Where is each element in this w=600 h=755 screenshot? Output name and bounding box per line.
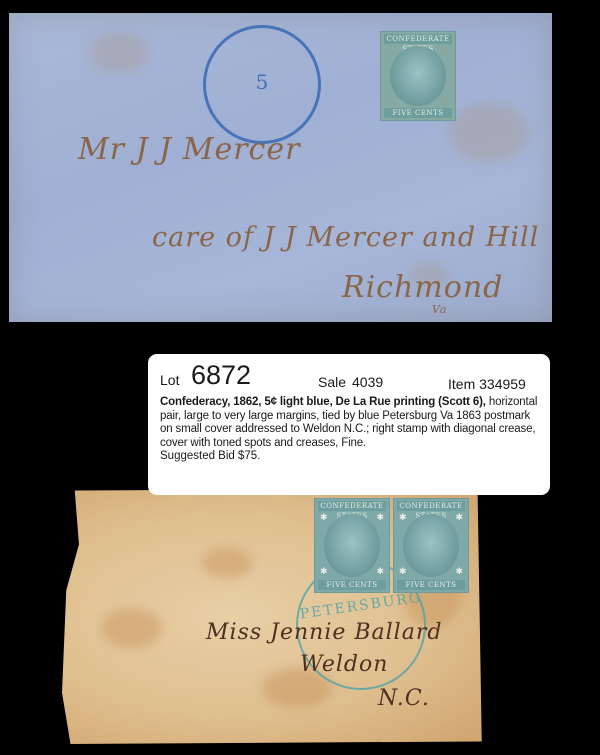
lot-word: Lot [160, 372, 179, 388]
star-ornament-icon: ✱ [376, 514, 384, 523]
stamp-portrait [390, 46, 446, 106]
postmark-day: 5 [206, 70, 318, 94]
toning-stain [449, 103, 529, 163]
toning-stain [202, 548, 252, 578]
stamp-portrait [324, 514, 380, 577]
sale-number: 4039 [352, 374, 383, 390]
label-header: Lot 6872 Sale 4039 Item 334959 [160, 362, 540, 392]
item-number: Item 334959 [448, 376, 526, 392]
star-ornament-icon: ✱ [320, 514, 328, 523]
star-ornament-icon: ✱ [399, 514, 407, 523]
toning-stain [89, 33, 149, 73]
description-title: Confederacy, 1862, 5¢ light blue, De La … [160, 396, 486, 408]
stamp-portrait [403, 514, 459, 577]
postmark-circle: 5 [203, 25, 321, 144]
address-line: care of J J Mercer and Hill [152, 222, 539, 253]
toning-stain [102, 608, 162, 648]
stamp-five-cents: CONFEDERATE STATES ✱ ✱ ✱ ✱ FIVE CENTS [314, 498, 390, 593]
stamp-bottom-text: FIVE CENTS [397, 580, 465, 590]
stamp-top-text: CONFEDERATE STATES [318, 501, 386, 511]
address-line: Miss Jennie Ballard [206, 620, 442, 645]
star-ornament-icon: ✱ [455, 514, 463, 523]
star-ornament-icon: ✱ [455, 568, 463, 577]
stamp-top-text: CONFEDERATE STATES [397, 501, 465, 511]
address-line: Va [432, 303, 448, 316]
address-line: Richmond [342, 270, 503, 305]
sale-word: Sale [318, 374, 346, 390]
postmark-town: PETERSBURG [297, 589, 424, 622]
stamp-top-text: CONFEDERATE STATES [384, 34, 452, 44]
lot-description: Confederacy, 1862, 5¢ light blue, De La … [160, 396, 540, 450]
address-line: Weldon [300, 652, 388, 677]
address-line: Mr J J Mercer [78, 132, 300, 167]
stamp-bottom-text: FIVE CENTS [384, 108, 452, 118]
lot-number: 6872 [191, 360, 251, 391]
lot-description-label: Lot 6872 Sale 4039 Item 334959 Confedera… [148, 354, 550, 495]
suggested-bid: Suggested Bid $75. [160, 450, 540, 464]
stamp-five-cents: CONFEDERATE STATES FIVE CENTS [380, 31, 456, 121]
star-ornament-icon: ✱ [376, 568, 384, 577]
stamp-bottom-text: FIVE CENTS [318, 580, 386, 590]
stamp-five-cents: CONFEDERATE STATES ✱ ✱ ✱ ✱ FIVE CENTS [393, 498, 469, 593]
star-ornament-icon: ✱ [320, 568, 328, 577]
star-ornament-icon: ✱ [399, 568, 407, 577]
address-line: N.C. [378, 686, 430, 711]
